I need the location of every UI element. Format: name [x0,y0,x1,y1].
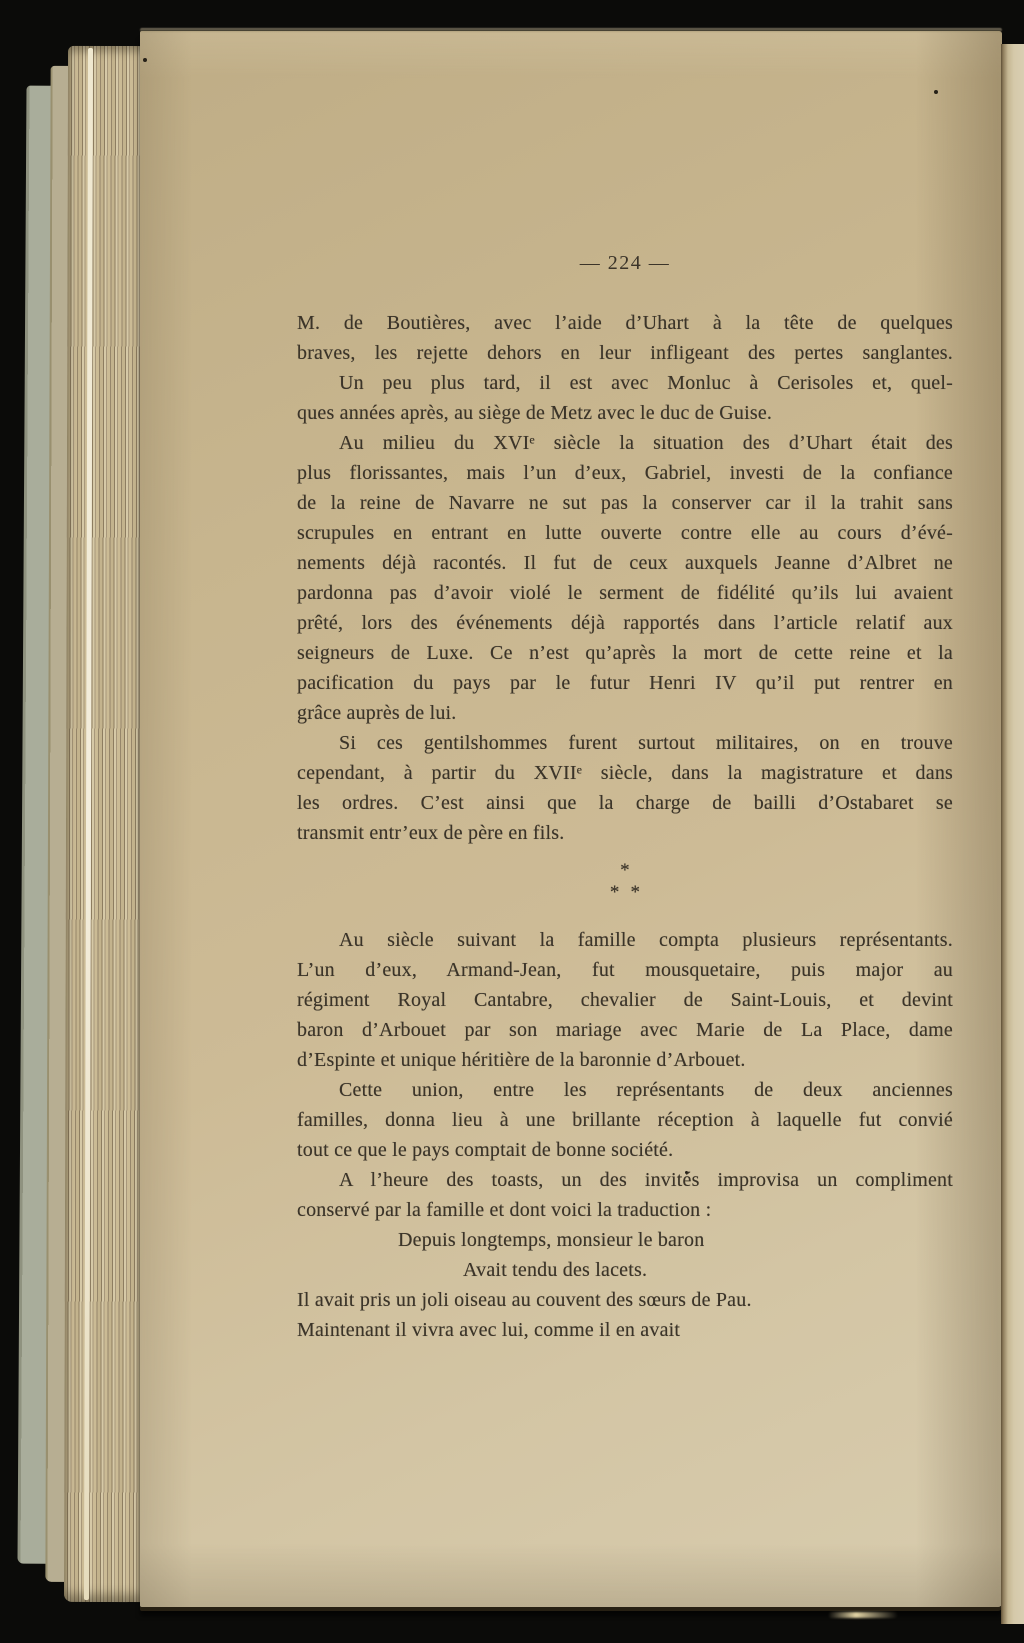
text-line: plus florissantes, mais l’un d’eux, Gabr… [297,458,953,488]
text-line: familles, donna lieu à une brillante réc… [297,1105,953,1135]
text-line: de la reine de Navarre ne sut pas la con… [297,488,953,518]
text-line: pacification du pays par le futur Henri … [297,668,953,698]
text-line: ques années après, au siège de Metz avec… [297,398,953,428]
page-edge-glint [828,1612,898,1618]
paragraph: Au siècle suivant la famille compta plus… [297,925,953,1075]
text-line: d’Espinte et unique héritière de la baro… [297,1045,953,1075]
verse-line: Depuis longtemps, monsieur le baron [297,1225,953,1255]
text-line: braves, les rejette dehors en leur infli… [297,338,953,368]
text-line: Un peu plus tard, il est avec Monluc à C… [297,368,953,398]
paragraph: Au milieu du XVIᵉ siècle la situation de… [297,428,953,728]
text-line: Si ces gentilshommes furent surtout mili… [297,728,953,758]
text-line: grâce auprès de lui. [297,698,953,728]
text-line: Au siècle suivant la famille compta plus… [297,925,953,955]
verse-line: Il avait pris un joli oiseau au couvent … [297,1285,953,1315]
paragraph: Si ces gentilshommes furent surtout mili… [297,728,953,848]
text-line: L’un d’eux, Armand-Jean, fut mousquetair… [297,955,953,985]
verse: Depuis longtemps, monsieur le baron Avai… [297,1225,953,1345]
facing-page-gutter [1001,44,1024,1624]
paragraph: Un peu plus tard, il est avec Monluc à C… [297,368,953,428]
text-line: pardonna pas d’avoir violé le serment de… [297,578,953,608]
text-line: prêté, lors des événements déjà rapporté… [297,608,953,638]
text-line: tout ce que le pays comptait de bonne so… [297,1135,953,1165]
text-line: Au milieu du XVIᵉ siècle la situation de… [297,428,953,458]
paper-speck [934,90,938,94]
text-line: M. de Boutières, avec l’aide d’Uhart à l… [297,308,953,338]
scanned-book-photo: { "colors": { "background": "#0b0b09", "… [0,0,1024,1643]
text-line: scrupules en entrant en lutte ouverte co… [297,518,953,548]
separator-asterisks: * * [297,882,953,904]
text-line: transmit entr’eux de père en fils. [297,818,953,848]
paragraph: Cette union, entre les représentants de … [297,1075,953,1165]
paragraph: M. de Boutières, avec l’aide d’Uhart à l… [297,308,953,368]
text-line: baron d’Arbouet par son mariage avec Mar… [297,1015,953,1045]
paper-speck [143,58,147,62]
text-line: régiment Royal Cantabre, chevalier de Sa… [297,985,953,1015]
text-line: nements déjà racontés. Il fut de ceux au… [297,548,953,578]
text-line: cependant, à partir du XVIIᵉ siècle, dan… [297,758,953,788]
separator-asterisk: * [297,860,953,882]
verse-line: Maintenant il vivra avec lui, comme il e… [297,1315,953,1345]
section-separator: * * * [297,848,953,925]
page-number: — 224 — [297,252,953,275]
text-line: Cette union, entre les représentants de … [297,1075,953,1105]
verse-line: Avait tendu des lacets. [297,1255,953,1285]
text-line: les ordres. C’est ainsi que la charge de… [297,788,953,818]
text-line: seigneurs de Luxe. Ce n’est qu’après la … [297,638,953,668]
text-line: A l’heure des toasts, un des invités imp… [297,1165,953,1195]
text-block: M. de Boutières, avec l’aide d’Uhart à l… [297,308,953,1345]
text-line: conservé par la famille et dont voici la… [297,1195,953,1225]
paragraph: A l’heure des toasts, un des invités imp… [297,1165,953,1225]
page-stack-edges [64,46,146,1602]
